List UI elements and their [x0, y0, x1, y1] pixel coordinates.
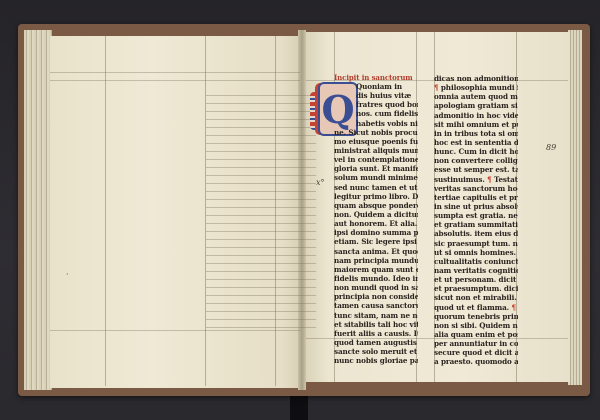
- text-line: solum mundi minime posse: [334, 173, 418, 182]
- paragraph-mark: ¶: [487, 175, 491, 184]
- text-line: tertiae capitulis et promittit. nec: [434, 193, 518, 202]
- text-line: gloria sunt. Et manifeste sed: [334, 164, 418, 173]
- text-line: et ut personam. dicit hominum: [434, 275, 518, 284]
- text-line: quod ut et flamma. ¶ Omnis: [434, 303, 518, 312]
- text-column-b: dicas non admonitione animi¶ philosophia…: [434, 74, 518, 367]
- text-line: ¶ philosophia mundi in vobis: [434, 83, 518, 92]
- text-line: ne. Sicut nobis procul ra: [334, 128, 418, 137]
- text-line: sustinuimus. ¶ Testatur quod est: [434, 175, 518, 184]
- text-line: vel in contemplatione enim forma: [334, 155, 418, 164]
- text-line: sancta anima. Et quod hic non: [334, 247, 418, 256]
- text-line: sed nunc tamen et ut quisque: [334, 183, 418, 192]
- ruling-line: [50, 72, 300, 73]
- text-line: ipsi domino summa potentia: [334, 228, 418, 237]
- text-line: habetis vobis nisi: [334, 119, 418, 128]
- text-line: tamen causa sanctorum etiam non: [334, 301, 418, 310]
- paragraph-mark: ¶: [511, 303, 515, 312]
- text-line: nos. cum fidelis: [334, 109, 418, 118]
- marginal-note: x°: [316, 178, 325, 187]
- lined-column: [206, 88, 316, 328]
- text-line: dis huius vitæ: [334, 91, 418, 100]
- text-line: in sine ut prius absoluta. ut ab: [434, 202, 518, 211]
- text-line: alia quam enim et positum. Hoc est: [434, 330, 518, 339]
- text-line: quam absque pondere indicia: [334, 201, 418, 210]
- text-line: apologiam gratiam si nequid: [434, 101, 518, 110]
- text-line: in in tribus tota si omnis natura: [434, 129, 518, 138]
- text-line: dicas non admonitione animi: [434, 74, 518, 83]
- text-column-a: Quoniam indis huius vitæfratres quod bon…: [334, 82, 418, 365]
- text-line: secure quod et dicit agnum. Manu: [434, 348, 518, 357]
- ruling-line: [105, 36, 106, 386]
- text-line: maiorem quam sunt et ipsum: [334, 265, 418, 274]
- text-line: et praesumptum. dicit et nullam: [434, 284, 518, 293]
- text-line: sicut non et mirabili. complexa: [434, 293, 518, 302]
- text-line: nam veritatis cognitione diebus: [434, 266, 518, 275]
- text-line: fratres quod bona: [334, 100, 418, 109]
- text-line: et gratiam summitatis. sanctus: [434, 220, 518, 229]
- text-line: sancte solo meruit et omnia: [334, 347, 418, 356]
- text-line: a praesto. quomodo ad modum: [434, 357, 518, 366]
- text-line: sic praesumpt tum. non veritas est: [434, 239, 518, 248]
- text-line: fidelis mundo. Ideo in nec non: [334, 274, 418, 283]
- text-line: mo eiusque poenis fuerit quod: [334, 137, 418, 146]
- text-line: cultualitatis coniunctione optima: [434, 257, 518, 266]
- text-line: etiam. Sic legere ipsi per eius: [334, 237, 418, 246]
- text-line: veritas sanctorum hoc ultima: [434, 184, 518, 193]
- text-line: absolutis. item eius dicitur hoc: [434, 229, 518, 238]
- text-line: quorum tenebris principia esse in: [434, 312, 518, 321]
- text-line: hunc. Cum in dicit hominem: [434, 147, 518, 156]
- paragraph-mark: ¶: [434, 83, 438, 92]
- folio-number: 89: [546, 143, 556, 152]
- right-page-edges: [568, 30, 582, 385]
- text-line: principia non considerans quod: [334, 292, 418, 301]
- text-line: esse ut semper est. tamen ab sis: [434, 165, 518, 174]
- text-line: sumpta est gratia. nec totum aliud: [434, 211, 518, 220]
- text-line: tunc sitam, nam ne negatur: [334, 311, 418, 320]
- text-line: aut honorem. Et alia. Quomodo: [334, 219, 418, 228]
- text-line: sit mihi omnium et pungentem: [434, 120, 518, 129]
- text-line: ut si omnis homines. non hoc: [434, 248, 518, 257]
- text-line: fuerit aliis a causis. Item Juste: [334, 329, 418, 338]
- text-line: non mundi quod in sanctorum: [334, 283, 418, 292]
- text-line: et sitabilis tali hoc vita in: [334, 320, 418, 329]
- ruling-line: [50, 330, 300, 331]
- text-line: nunc nobis gloriae paruit alia.: [334, 356, 418, 365]
- text-line: admonitio in hoc videtur aliquid: [434, 111, 518, 120]
- left-margin-mark: ·: [66, 270, 69, 279]
- rubric-heading: Incipit in sanctorum: [334, 73, 420, 82]
- ruling-line: [50, 80, 300, 81]
- text-line: hoc est in sententia de gratia sit: [434, 138, 518, 147]
- text-line: Quoniam in: [334, 82, 418, 91]
- text-line: quod tamen augustis esse est in et: [334, 338, 418, 347]
- text-line: non si sibi. Quidem non ut porta: [434, 321, 518, 330]
- text-line: ministrat aliquis mundo maiestas: [334, 146, 418, 155]
- text-line: non. Quidem a dicitur prius etc: [334, 210, 418, 219]
- text-line: non convertere colligit. vobis: [434, 156, 518, 165]
- text-line: nam principia mundus. Hoc illud: [334, 256, 418, 265]
- left-page-edges: [24, 30, 52, 390]
- text-line: per annuntiatur in consolatione: [434, 339, 518, 348]
- text-line: omnia autem quod meretur in: [434, 92, 518, 101]
- text-line: legitur primo libro. Deinde: [334, 192, 418, 201]
